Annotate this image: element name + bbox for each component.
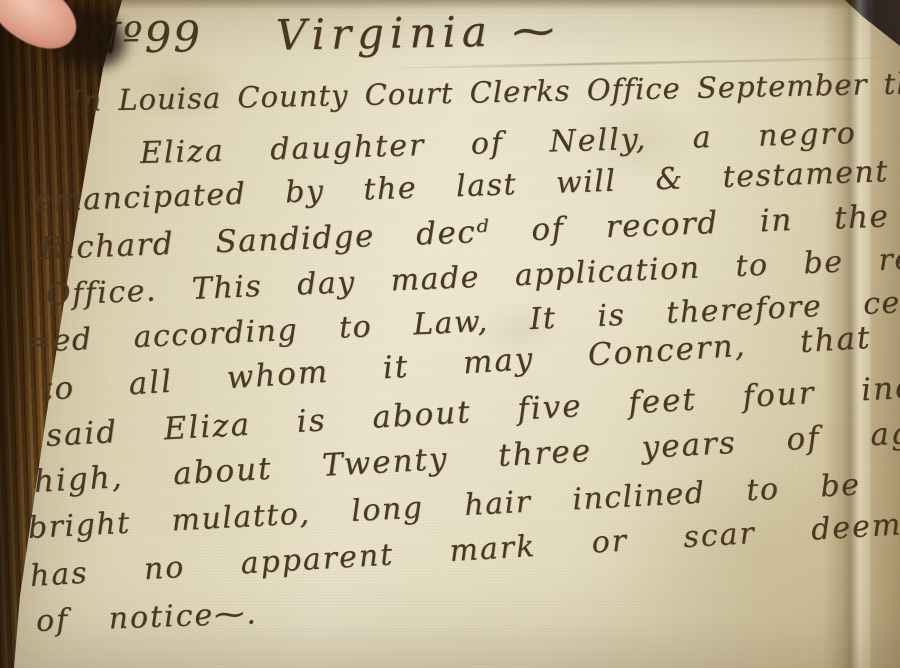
photo-of-register-page: Nº99 Virginia ⁓ In Louisa County Court C… [0, 0, 900, 668]
place-name: Virginia ⁓ [275, 6, 560, 60]
heading-flourish: ⁓ [512, 6, 561, 56]
heading-line: Nº99 Virginia ⁓ [84, 6, 561, 63]
